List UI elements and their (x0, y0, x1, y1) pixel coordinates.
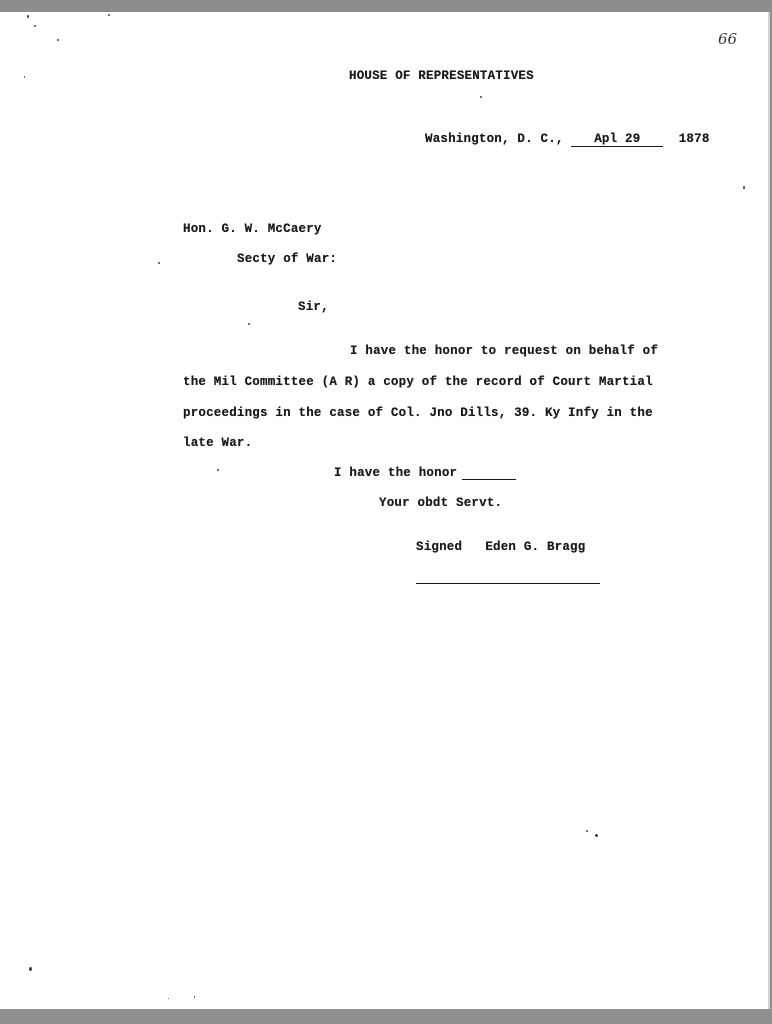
closing-line-2: Your obdt Servt. (379, 496, 502, 510)
body-line-2: the Mil Committee (A R) a copy of the re… (183, 375, 653, 389)
handwritten-page-number: 66 (718, 30, 737, 48)
dateline-year: 1878 (679, 132, 710, 146)
signed-label: Signed (416, 540, 462, 554)
signer-name: Eden G. Bragg (485, 540, 585, 554)
closing-line-1: I have the honor (334, 466, 457, 480)
scan-speck (248, 323, 250, 325)
dateline-date-field: Apl 29 (571, 132, 663, 147)
signature-block: Signed Eden G. Bragg (416, 540, 585, 554)
scan-top-border (0, 0, 772, 12)
scan-speck (168, 998, 169, 999)
closing-blank-line (462, 479, 516, 480)
body-line-3: proceedings in the case of Col. Jno Dill… (183, 406, 653, 420)
letterhead: HOUSE OF REPRESENTATIVES (349, 69, 534, 83)
dateline-place: Washington, D. C., (425, 132, 564, 146)
scan-speck (29, 967, 32, 971)
scan-speck (34, 25, 36, 27)
addressee-title: Secty of War: (237, 252, 337, 266)
scan-speck (194, 996, 195, 998)
scan-speck (586, 830, 588, 832)
scan-speck (27, 15, 29, 18)
body-line-1: I have the honor to request on behalf of (350, 344, 658, 358)
scan-speck (743, 186, 745, 189)
addressee-name: Hon. G. W. McCaery (183, 222, 322, 236)
scan-speck (24, 76, 25, 78)
signature-line (416, 583, 600, 584)
scan-speck (158, 262, 160, 264)
body-line-4: late War. (183, 436, 252, 450)
scan-speck (108, 14, 110, 16)
salutation: Sir, (298, 300, 329, 314)
dateline: Washington, D. C., Apl 29 1878 (425, 132, 710, 147)
scan-speck (595, 834, 598, 837)
scan-speck (480, 96, 482, 98)
scan-speck (57, 39, 59, 41)
scan-bottom-border (0, 1009, 772, 1024)
document-page: 66 HOUSE OF REPRESENTATIVES Washington, … (0, 12, 770, 1009)
scan-speck (217, 469, 219, 471)
